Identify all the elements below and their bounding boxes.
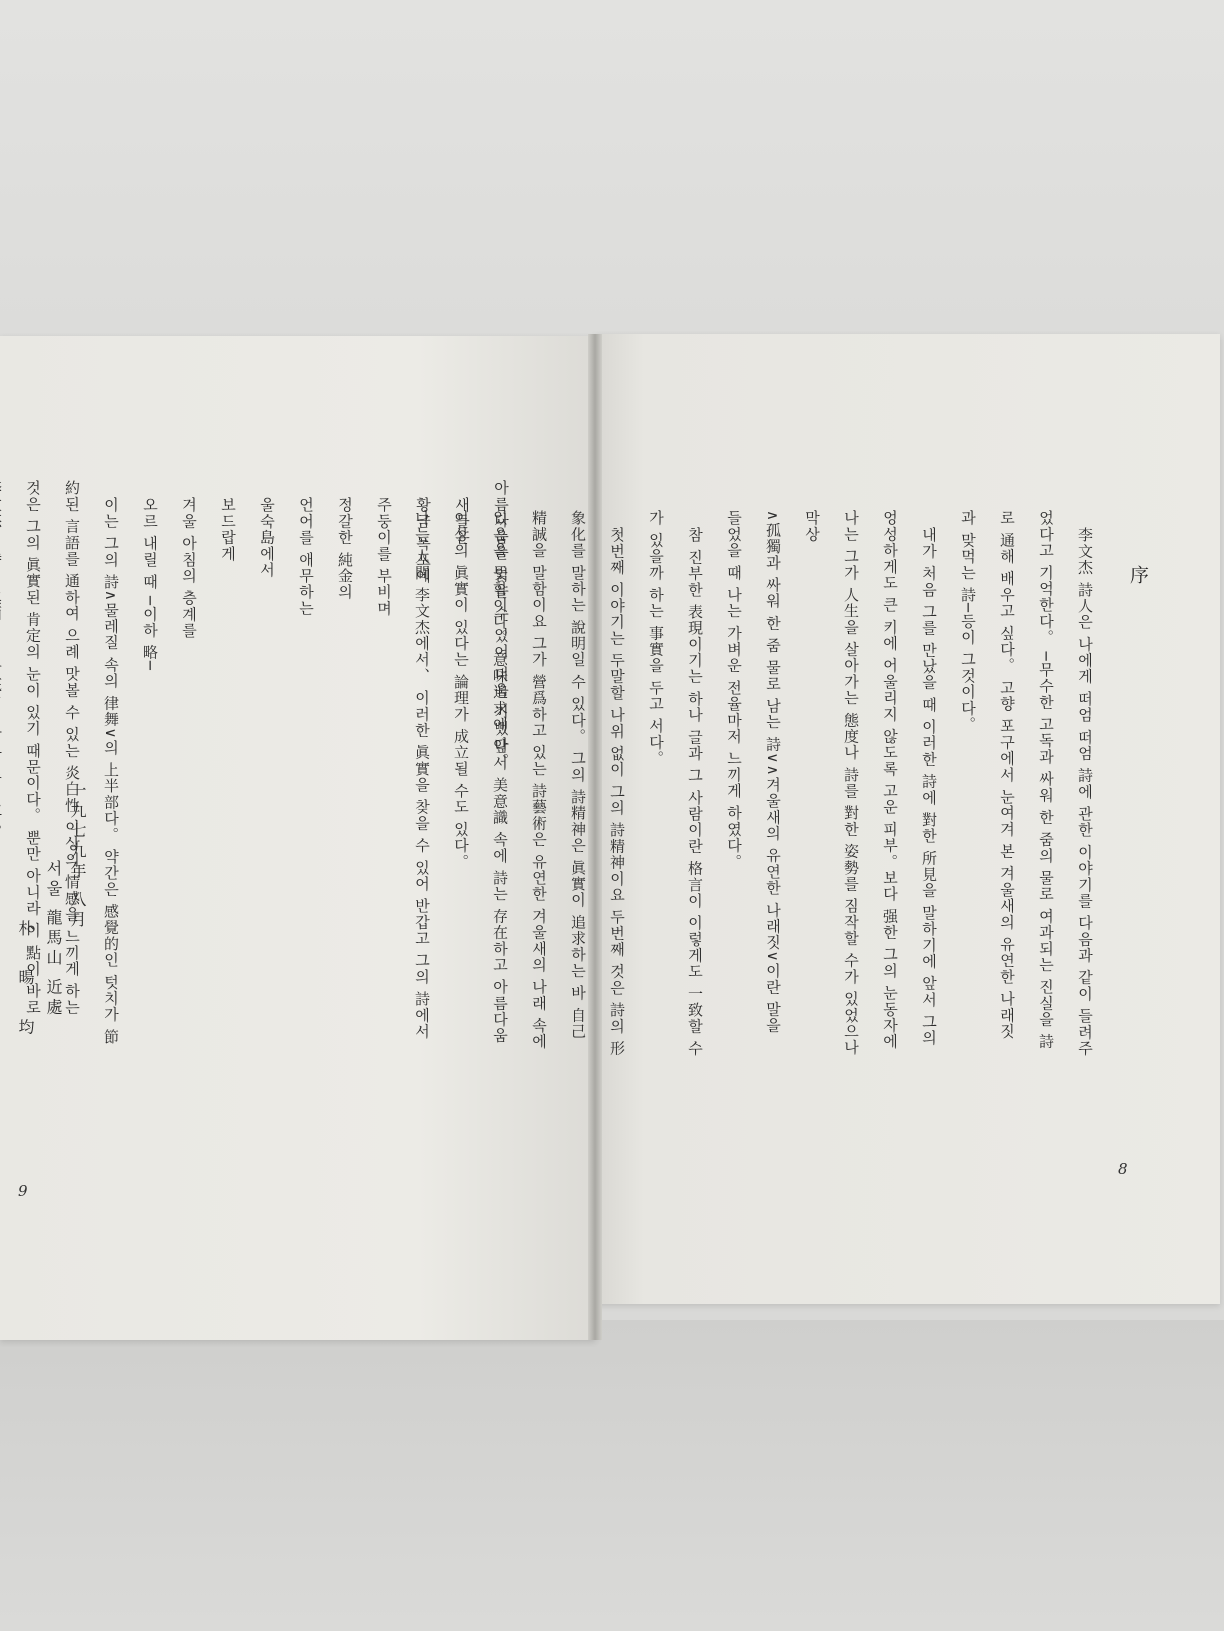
text-column: 李文杰의 詩의 眞面目이요 底力이라 할 수 있다。 [0,480,5,1045]
text-column: 오르 내릴 때 ─이하 略─ [140,480,161,1045]
text-column: 이는 그의 詩∧물레질 속의 律舞∨의 上半部다。 약간은 感覺的인 텃치가 節 [101,480,122,1045]
text-column: 보드랍게 [218,480,239,1045]
text-column: 정갈한 純金의 [335,480,356,1045]
text-column: 주둥이를 부비며 [374,480,395,1045]
text-column: 과 맞먹는 詩─등이 그것이다。 [958,510,979,1056]
text-column: 울숙島에서 [257,480,278,1045]
text-column: 李文杰 詩人은 나에게 떠엄 떠엄 詩에 관한 이야기를 다음과 같이 들려주 [1075,510,1096,1056]
text-column: 황금 폭포에 [413,480,434,1045]
background-top [0,0,1224,340]
preface-title: 序 [1125,565,1152,584]
text-column: 들었을 때 나는 가벼운 전율마저 느끼게 하였다。 [724,510,745,1056]
page-number-right: 8 [1118,1160,1128,1178]
text-column: 겨울 아침의 층계를 [179,480,200,1045]
text-column: 나는 그가 人生을 살아가는 態度나 詩를 對한 姿勢를 짐작할 수가 있었으나 [841,510,862,1056]
preface-author: 朴 暘 均 [14,920,37,1048]
text-column: 가 있을까 하는 事實을 두고 서다。 [646,510,667,1056]
text-column: 約된 言語를 通하여 으례 맛볼 수 있는 炎白性 이상의 情感을 느끼게 하는 [62,480,83,1045]
text-column: 막상 [802,510,823,1056]
text-column: 언어를 애무하는 [296,480,317,1045]
text-column: 象化를 말하는 說明일 수 있다。 그의 詩精神은 眞實이 追求하는 바 自己 [568,510,589,1056]
preface-body-left: 아름다움을 읽을 수 있어 더욱 기뻤다。새들은황금 폭포에주둥이를 부비며정갈… [0,480,512,1045]
text-column: 첫번째 이야기는 두말할 나위 없이 그의 詩精神이요 두번째 것은 詩의 形 [607,510,628,1056]
text-column: 로 通해 배우고 싶다。 고향 포구에서 눈여겨 본 겨울새의 유연한 나래짓 [997,510,1018,1056]
text-column: 새들은 [452,480,473,1045]
page-number-left: 9 [18,1182,28,1200]
text-column: 었다고 기억한다。 ─무수한 고독과 싸워 한 줌의 물로 여과되는 진실을 詩 [1036,510,1057,1056]
preface-place: 서울 龍馬山 近處 [42,860,65,1018]
text-column: 참 진부한 表現이기는 하나 글과 그 사람이란 格言이 이렇게도 一致할 수 [685,510,706,1056]
text-column: 아름다움을 읽을 수 있어 더욱 기뻤다。 [491,480,512,1045]
background-bottom [0,1320,1224,1631]
preface-date: 一九七九年 八月 [66,782,89,931]
text-column: 내가 처음 그를 만났을 때 이러한 詩에 對한 所見을 말하기에 앞서 그의 [919,510,940,1056]
text-column: ∧孤獨과 싸워 한 줌 물로 남는 詩∨∧겨울새의 유연한 나래짓∨이란 말을 [763,510,784,1056]
text-column: 엉성하게도 큰 키에 어울리지 않도록 고운 피부。보다 强한 그의 눈동자에 [880,510,901,1056]
text-column: 精誠을 말함이요 그가 營爲하고 있는 詩藝術은 유연한 겨울새의 나래 속에 [529,510,550,1056]
